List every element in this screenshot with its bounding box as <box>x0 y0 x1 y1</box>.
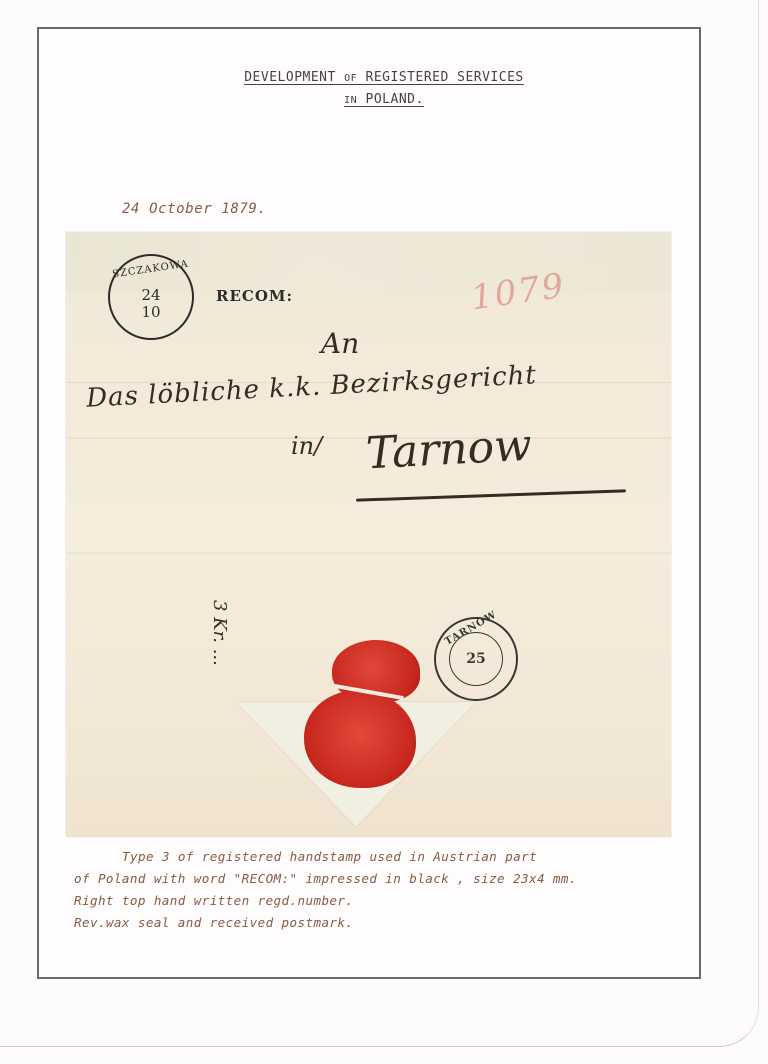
wax-seal-bottom <box>304 690 416 788</box>
fold-line <box>66 550 671 554</box>
page-title-line-2: IN POLAND. <box>0 92 768 107</box>
margin-note: 3 Kr. ... <box>209 600 230 666</box>
cover-date: 24 October 1879. <box>122 201 266 217</box>
address-town: Tarnow <box>365 420 533 480</box>
wax-seal <box>304 640 424 790</box>
address-underline <box>356 489 626 501</box>
page-title-line-1: DEVELOPMENT OF REGISTERED SERVICES <box>0 70 768 85</box>
address-line-3: in/ <box>291 432 322 460</box>
origin-postmark: SZCZAKOWA 24 10 <box>108 254 194 340</box>
postal-cover-image: SZCZAKOWA 24 10 RECOM: 1079 An Das löbli… <box>66 232 671 837</box>
description-caption: Type 3 of registered handstamp used in A… <box>74 846 674 934</box>
arrival-postmark: TARNOW 25 <box>434 617 518 701</box>
address-line-1: An <box>321 327 359 360</box>
recom-handstamp: RECOM: <box>216 287 293 305</box>
